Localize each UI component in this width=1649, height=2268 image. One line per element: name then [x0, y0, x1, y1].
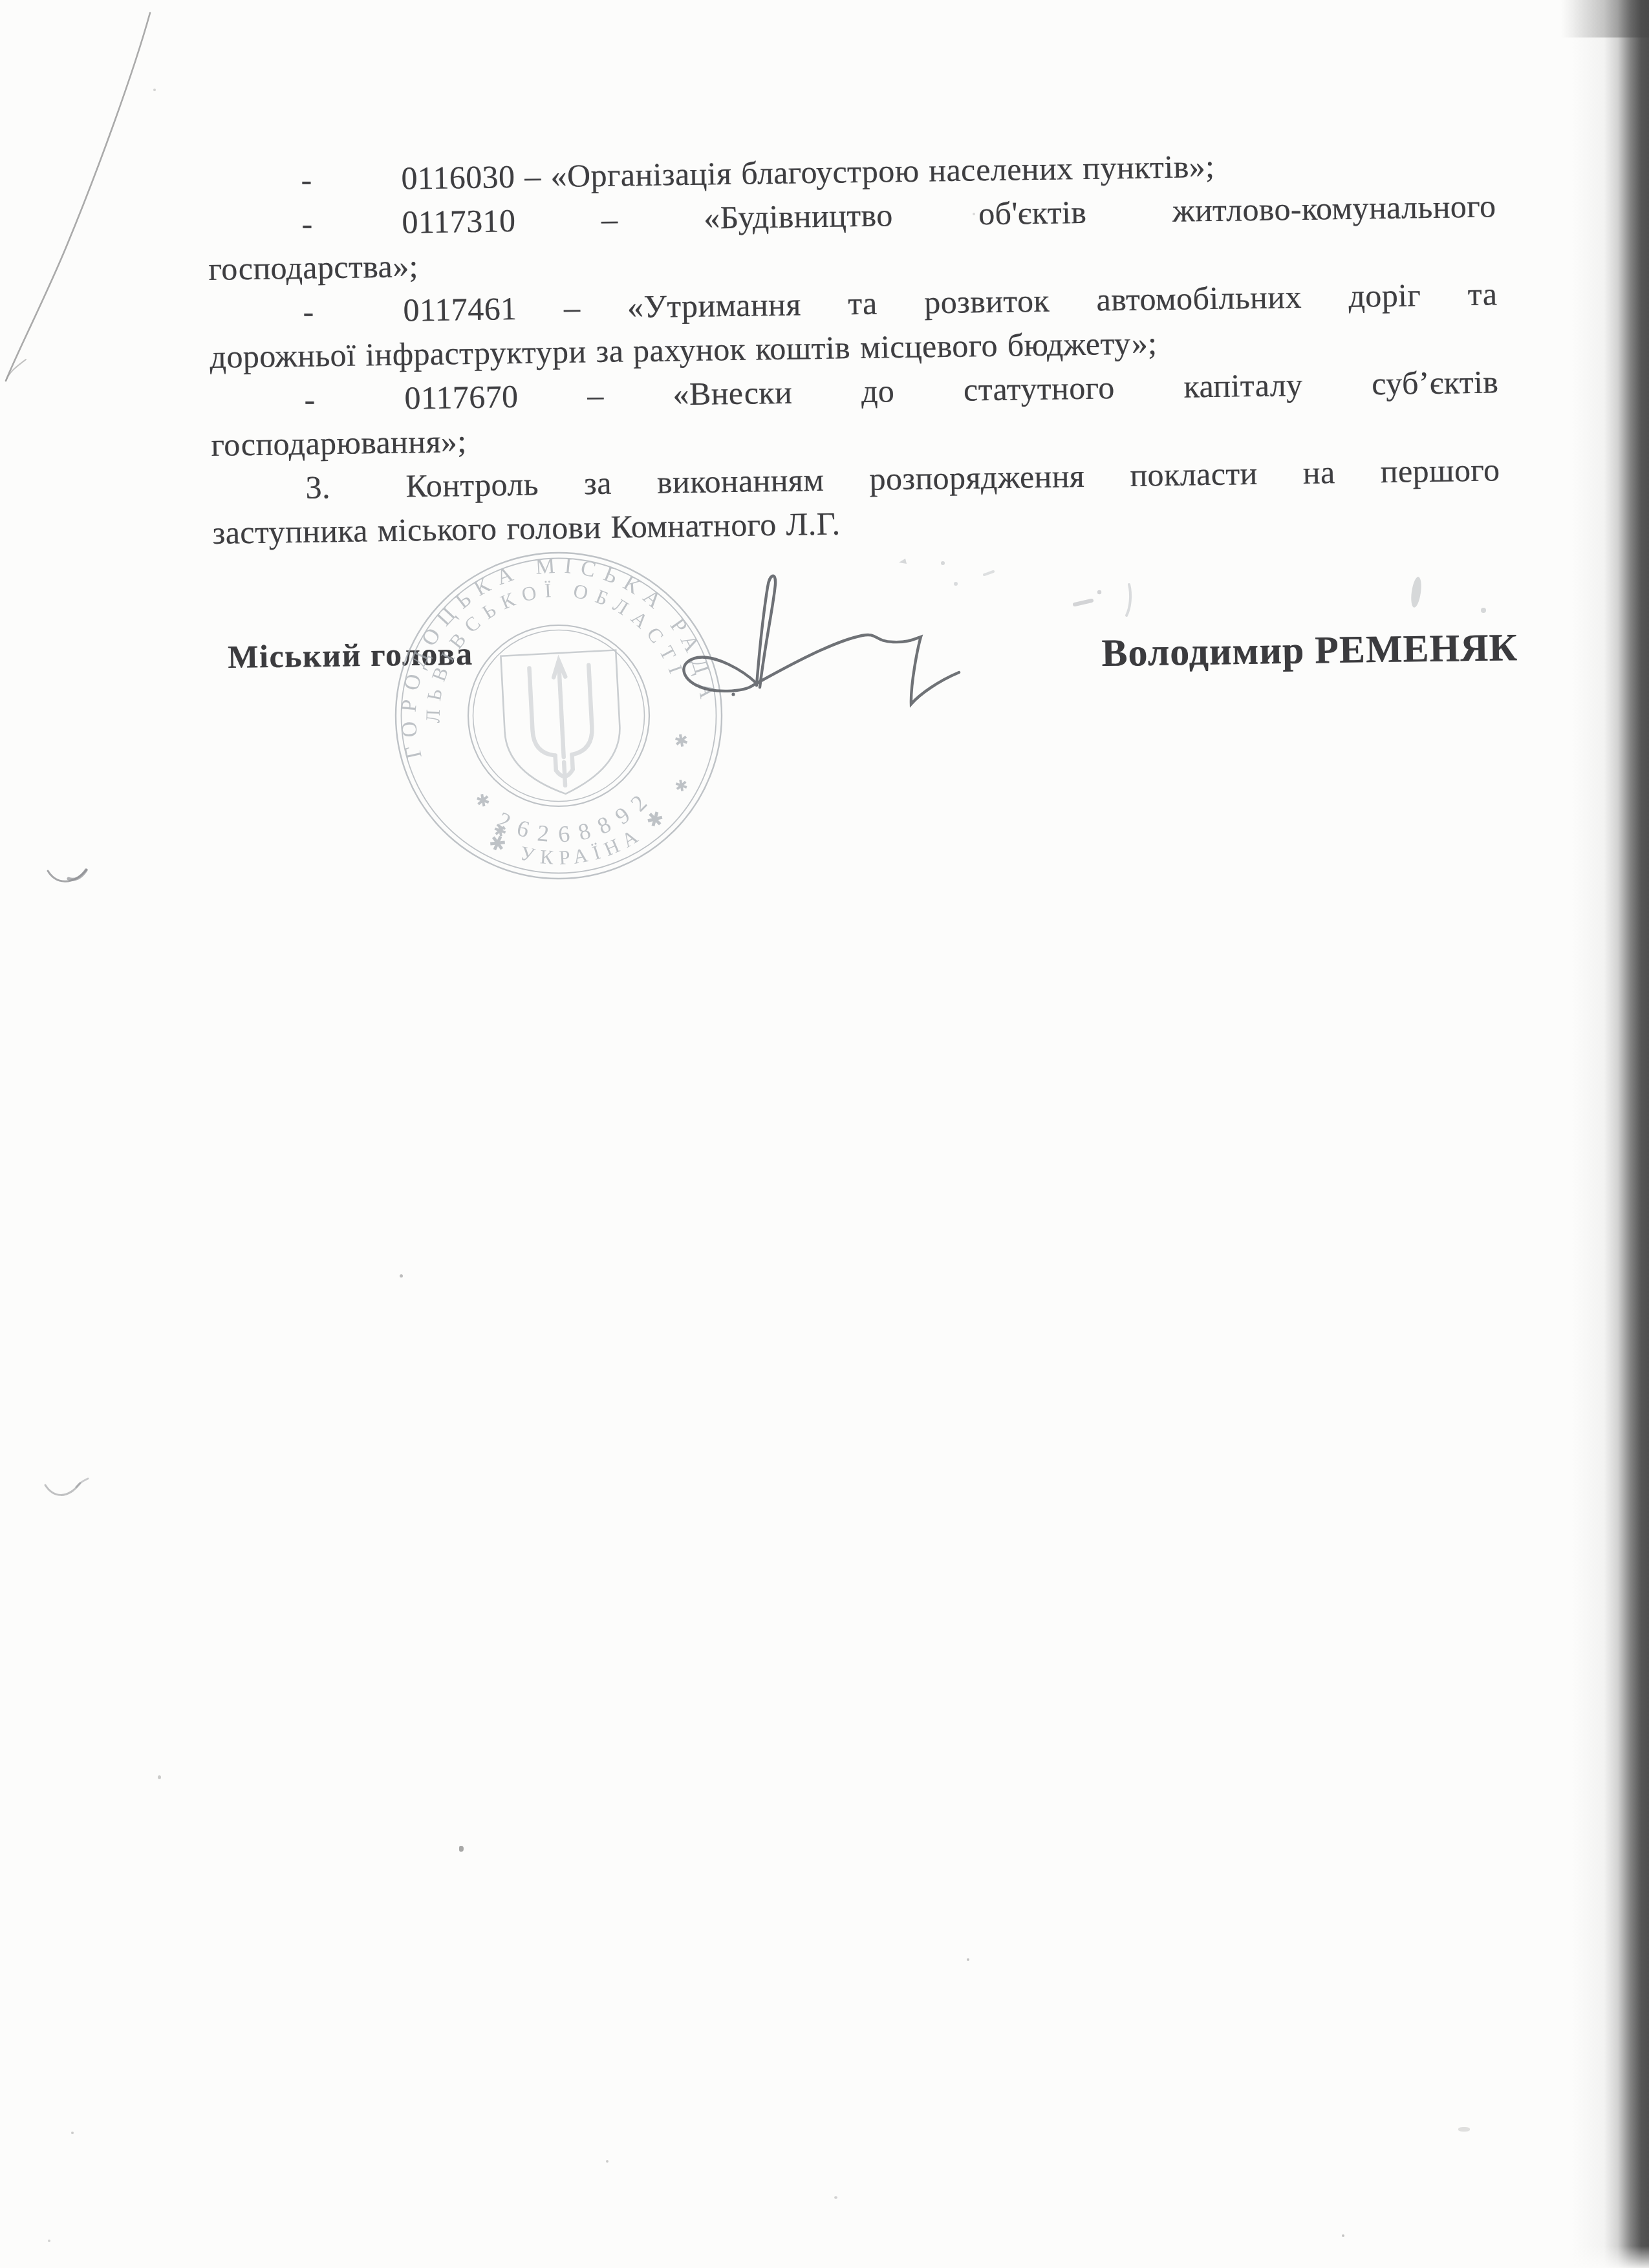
line-word: капіталу [1183, 363, 1303, 409]
line-word: автомобільних [1096, 275, 1302, 322]
document-body-text: -0116030 – «Організація благоустрою насе… [207, 140, 1501, 554]
stamp-ring [473, 630, 645, 802]
line-word: розпорядження [869, 454, 1085, 501]
line-word: на [1302, 450, 1335, 495]
right-edge-scan-shadow [1571, 0, 1649, 2268]
line-word: – [587, 373, 604, 417]
tryzub-icon [529, 659, 595, 787]
stamp-country-arc-text: ✱ УКРАЇНА ✱ [482, 798, 680, 883]
scan-speck [459, 1846, 464, 1852]
line-word: – [601, 197, 618, 241]
list-bullet: 3. [305, 464, 406, 509]
line-word: та [848, 281, 878, 326]
scan-speck [606, 2160, 609, 2163]
star-icon: ✱ [475, 791, 492, 811]
line-word: покласти [1130, 451, 1258, 497]
right-edge-scan-shadow-fade [1571, 2246, 1649, 2268]
line-word: розвиток [924, 279, 1050, 325]
scan-speck [973, 213, 975, 215]
list-bullet: - [304, 376, 405, 422]
handwritten-signature [684, 576, 959, 704]
scan-speck [71, 2132, 74, 2134]
line-word: першого [1380, 447, 1500, 493]
scan-speck [48, 2240, 50, 2242]
pen-mark-artifact [45, 870, 88, 1495]
line-word: та [1467, 272, 1497, 316]
line-word: виконанням [657, 458, 824, 504]
signature-stroke [684, 635, 959, 704]
official-round-stamp: ГОРОДОЦЬКА МІСЬКА РАДА ЛЬВІВСЬКОЇ ОБЛАСТ… [371, 528, 745, 895]
scan-speck [967, 1958, 969, 1961]
line-word: житлово-комунального [1172, 184, 1496, 232]
star-icon: ✱ [493, 822, 508, 841]
line-word: за [584, 461, 612, 506]
line-word: «Утримання [627, 282, 802, 328]
stamp-ring [402, 559, 717, 873]
list-bullet: - [303, 288, 404, 334]
line-word: до [861, 369, 894, 413]
scan-speck [834, 2196, 837, 2199]
star-icon: ✱ [673, 731, 690, 751]
signatory-title: Міський голова [228, 637, 473, 673]
scan-speck [400, 1274, 403, 1278]
line-word: доріг [1348, 273, 1421, 318]
stamp-code-arc-text: 26268892 [490, 780, 665, 860]
pen-mark-artifact [899, 559, 1486, 615]
line-word: «Внески [673, 370, 793, 416]
signature-stroke [757, 576, 775, 687]
list-bullet: - [301, 200, 402, 246]
line-word: об'єктів [978, 190, 1087, 235]
line-word: – [564, 285, 581, 329]
crease-line-artifact [6, 13, 150, 381]
line-word: суб’єктів [1372, 359, 1499, 405]
right-edge-scan-shadow-top [1539, 0, 1649, 37]
scan-speck [153, 89, 156, 91]
coat-of-arms-shield [501, 650, 623, 797]
scan-speck [1458, 2127, 1470, 2132]
scanned-document-page: -0116030 – «Організація благоустрою насе… [0, 0, 1649, 2268]
line-word: статутного [964, 365, 1115, 411]
line-word: «Будівництво [704, 193, 893, 239]
stamp-ring [396, 553, 722, 879]
list-bullet: - [301, 156, 402, 202]
scan-speck [158, 1775, 161, 1779]
scan-speck [1342, 2234, 1344, 2237]
star-icon: ✱ [674, 777, 689, 796]
signatory-name: Володимир РЕМЕНЯК [1101, 628, 1518, 672]
stamp-ring [468, 625, 649, 806]
